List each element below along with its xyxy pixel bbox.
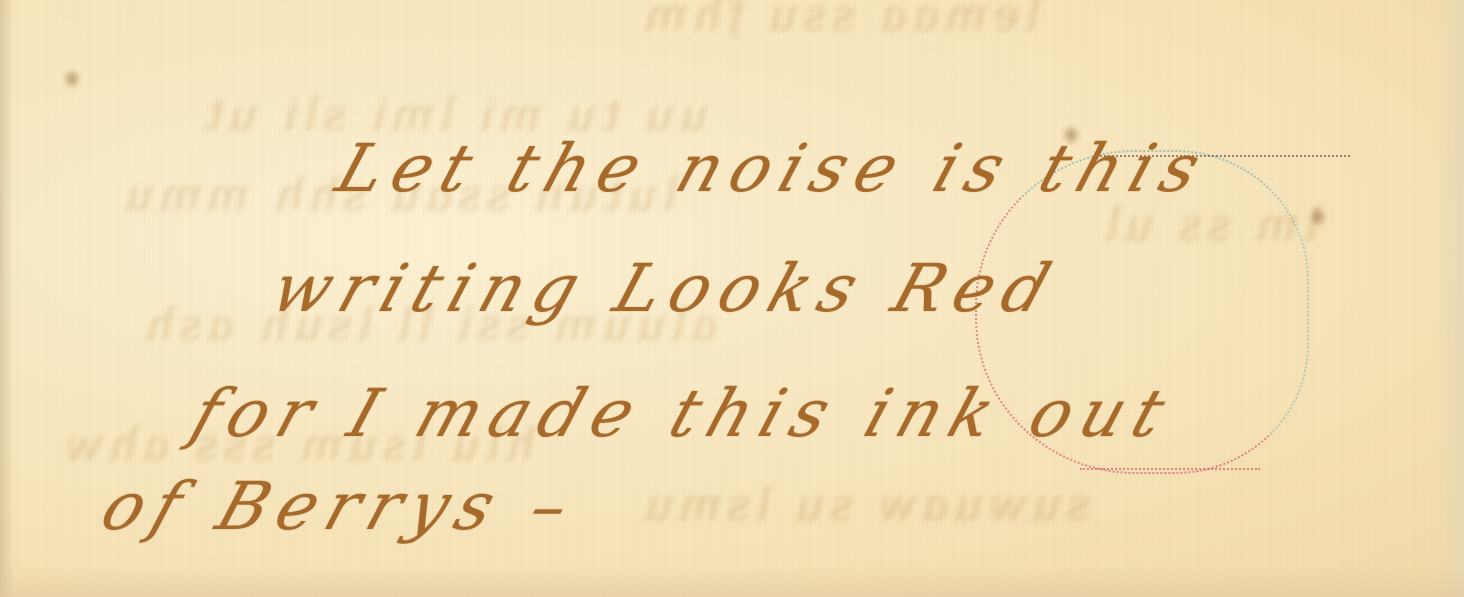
- postmark-bar: [1080, 468, 1260, 472]
- paper-edge-bottom: [0, 567, 1464, 597]
- paper-edge-left: [0, 0, 14, 597]
- bleed-through-writing: lemaa ssu fhm: [631, 0, 1050, 41]
- handwriting-line-4: of Berrys –: [92, 468, 588, 545]
- letter-page: lemaa ssu fhm uu tu mi lmi sli ut lutun …: [0, 0, 1464, 597]
- bleed-through-writing: suwuaw su lsmu: [631, 480, 1100, 531]
- handwriting-line-3: for I made this ink out: [182, 375, 1183, 452]
- ink-blot: [1312, 210, 1324, 224]
- paper-edge-right: [1434, 0, 1464, 597]
- handwriting-line-2: writing Looks Red: [262, 250, 1069, 327]
- ink-blot: [66, 72, 78, 86]
- handwriting-line-1: Let the noise is this: [327, 130, 1219, 207]
